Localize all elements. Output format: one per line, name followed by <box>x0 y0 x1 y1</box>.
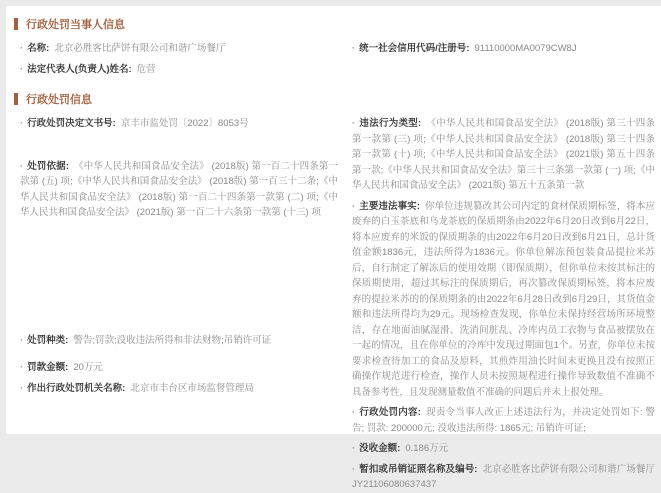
bullet-icon: · <box>352 43 355 54</box>
field-basis-label: 处罚依据: <box>27 161 69 172</box>
party-section-title: 行政处罚当事人信息 <box>26 16 125 32</box>
field-facts-value: 你单位违规篡改其公司内定的食材保质期标签，将本应废弃的白玉茶底和乌龙茶底的保质期… <box>352 201 655 398</box>
bullet-icon: · <box>20 43 23 54</box>
penalty-right-column: ·违法行为类型:《中华人民共和国食品安全法》 (2018版) 第三十四条第一款第… <box>352 116 655 434</box>
bullet-icon: · <box>20 64 23 75</box>
field-credit-code-value: 91110000MA0079CW8J <box>474 43 576 54</box>
field-authority-value: 北京市丰台区市场监督管理局 <box>130 383 254 394</box>
field-credit-code-label: 统一社会信用代码/注册号: <box>359 43 469 54</box>
bullet-icon: · <box>20 383 23 394</box>
bullet-icon: · <box>352 118 355 129</box>
penalty-record-card: 行政处罚当事人信息 ·名称:北京必胜客比萨饼有限公司和谐广场餐厅 ·法定代表人(… <box>6 6 661 434</box>
field-facts: ·主要违法事实:你单位违规篡改其公司内定的食材保质期标签，将本应废弃的白玉茶底和… <box>352 199 655 401</box>
field-legal-rep-value: 危营 <box>137 64 156 75</box>
field-authority: ·作出行政处罚机关名称:北京市丰台区市场监督管理局 <box>20 381 338 397</box>
field-fine-amount: ·罚款金额:20万元 <box>20 360 338 376</box>
bullet-icon: · <box>20 362 23 373</box>
field-penalty-types-label: 处罚种类: <box>27 335 68 346</box>
party-right-column: ·统一社会信用代码/注册号:91110000MA0079CW8J <box>352 41 655 77</box>
field-penalty-types: ·处罚种类:警告;罚款;没收违法所得和非法财物;吊销许可证 <box>20 333 338 349</box>
field-credit-code: ·统一社会信用代码/注册号:91110000MA0079CW8J <box>352 41 655 57</box>
field-fine-amount-value: 20万元 <box>73 362 103 373</box>
party-section-header: 行政处罚当事人信息 <box>14 16 655 32</box>
field-doc-no-value: 京丰市监处罚〔2022〕8053号 <box>121 118 249 129</box>
field-content-label: 行政处罚内容: <box>359 407 421 418</box>
bullet-icon: · <box>20 118 23 129</box>
bullet-icon: · <box>20 335 23 346</box>
penalty-left-column: ·行政处罚决定文书号:京丰市监处罚〔2022〕8053号 ·处罚依据:《中华人民… <box>20 116 338 434</box>
penalty-section-title: 行政处罚信息 <box>26 91 92 107</box>
field-name: ·名称:北京必胜客比萨饼有限公司和谐广场餐厅 <box>20 41 338 57</box>
field-violation-type-label: 违法行为类型: <box>359 118 421 129</box>
field-penalty-types-value: 警告;罚款;没收违法所得和非法财物;吊销许可证 <box>73 335 271 346</box>
penalty-fields-row: ·行政处罚决定文书号:京丰市监处罚〔2022〕8053号 ·处罚依据:《中华人民… <box>14 116 655 434</box>
bullet-icon: · <box>20 161 23 172</box>
field-name-label: 名称: <box>27 43 49 54</box>
bullet-icon: · <box>352 201 355 212</box>
party-fields-row: ·名称:北京必胜客比萨饼有限公司和谐广场餐厅 ·法定代表人(负责人)姓名:危营 … <box>14 41 655 77</box>
penalty-section-header: 行政处罚信息 <box>14 91 655 107</box>
field-doc-no: ·行政处罚决定文书号:京丰市监处罚〔2022〕8053号 <box>20 116 338 132</box>
field-fine-amount-label: 罚款金额: <box>27 362 68 373</box>
field-authority-label: 作出行政处罚机关名称: <box>27 383 125 394</box>
party-left-column: ·名称:北京必胜客比萨饼有限公司和谐广场餐厅 ·法定代表人(负责人)姓名:危营 <box>20 41 338 77</box>
field-basis: ·处罚依据:《中华人民共和国食品安全法》 (2018版) 第一百二十四条第一款第… <box>20 159 338 221</box>
section-bar-icon <box>14 93 18 105</box>
field-facts-label: 主要违法事实: <box>359 201 420 212</box>
field-doc-no-label: 行政处罚决定文书号: <box>27 118 116 129</box>
section-bar-icon <box>14 18 18 30</box>
field-violation-type: ·违法行为类型:《中华人民共和国食品安全法》 (2018版) 第三十四条第一款第… <box>352 116 655 194</box>
bullet-icon: · <box>352 407 355 418</box>
field-legal-rep: ·法定代表人(负责人)姓名:危营 <box>20 62 338 78</box>
field-name-value: 北京必胜客比萨饼有限公司和谐广场餐厅 <box>54 43 225 54</box>
field-legal-rep-label: 法定代表人(负责人)姓名: <box>27 64 132 75</box>
field-content: ·行政处罚内容:现责令当事人改正上述违法行为，并决定处罚如下: 警告; 罚款: … <box>352 405 655 434</box>
